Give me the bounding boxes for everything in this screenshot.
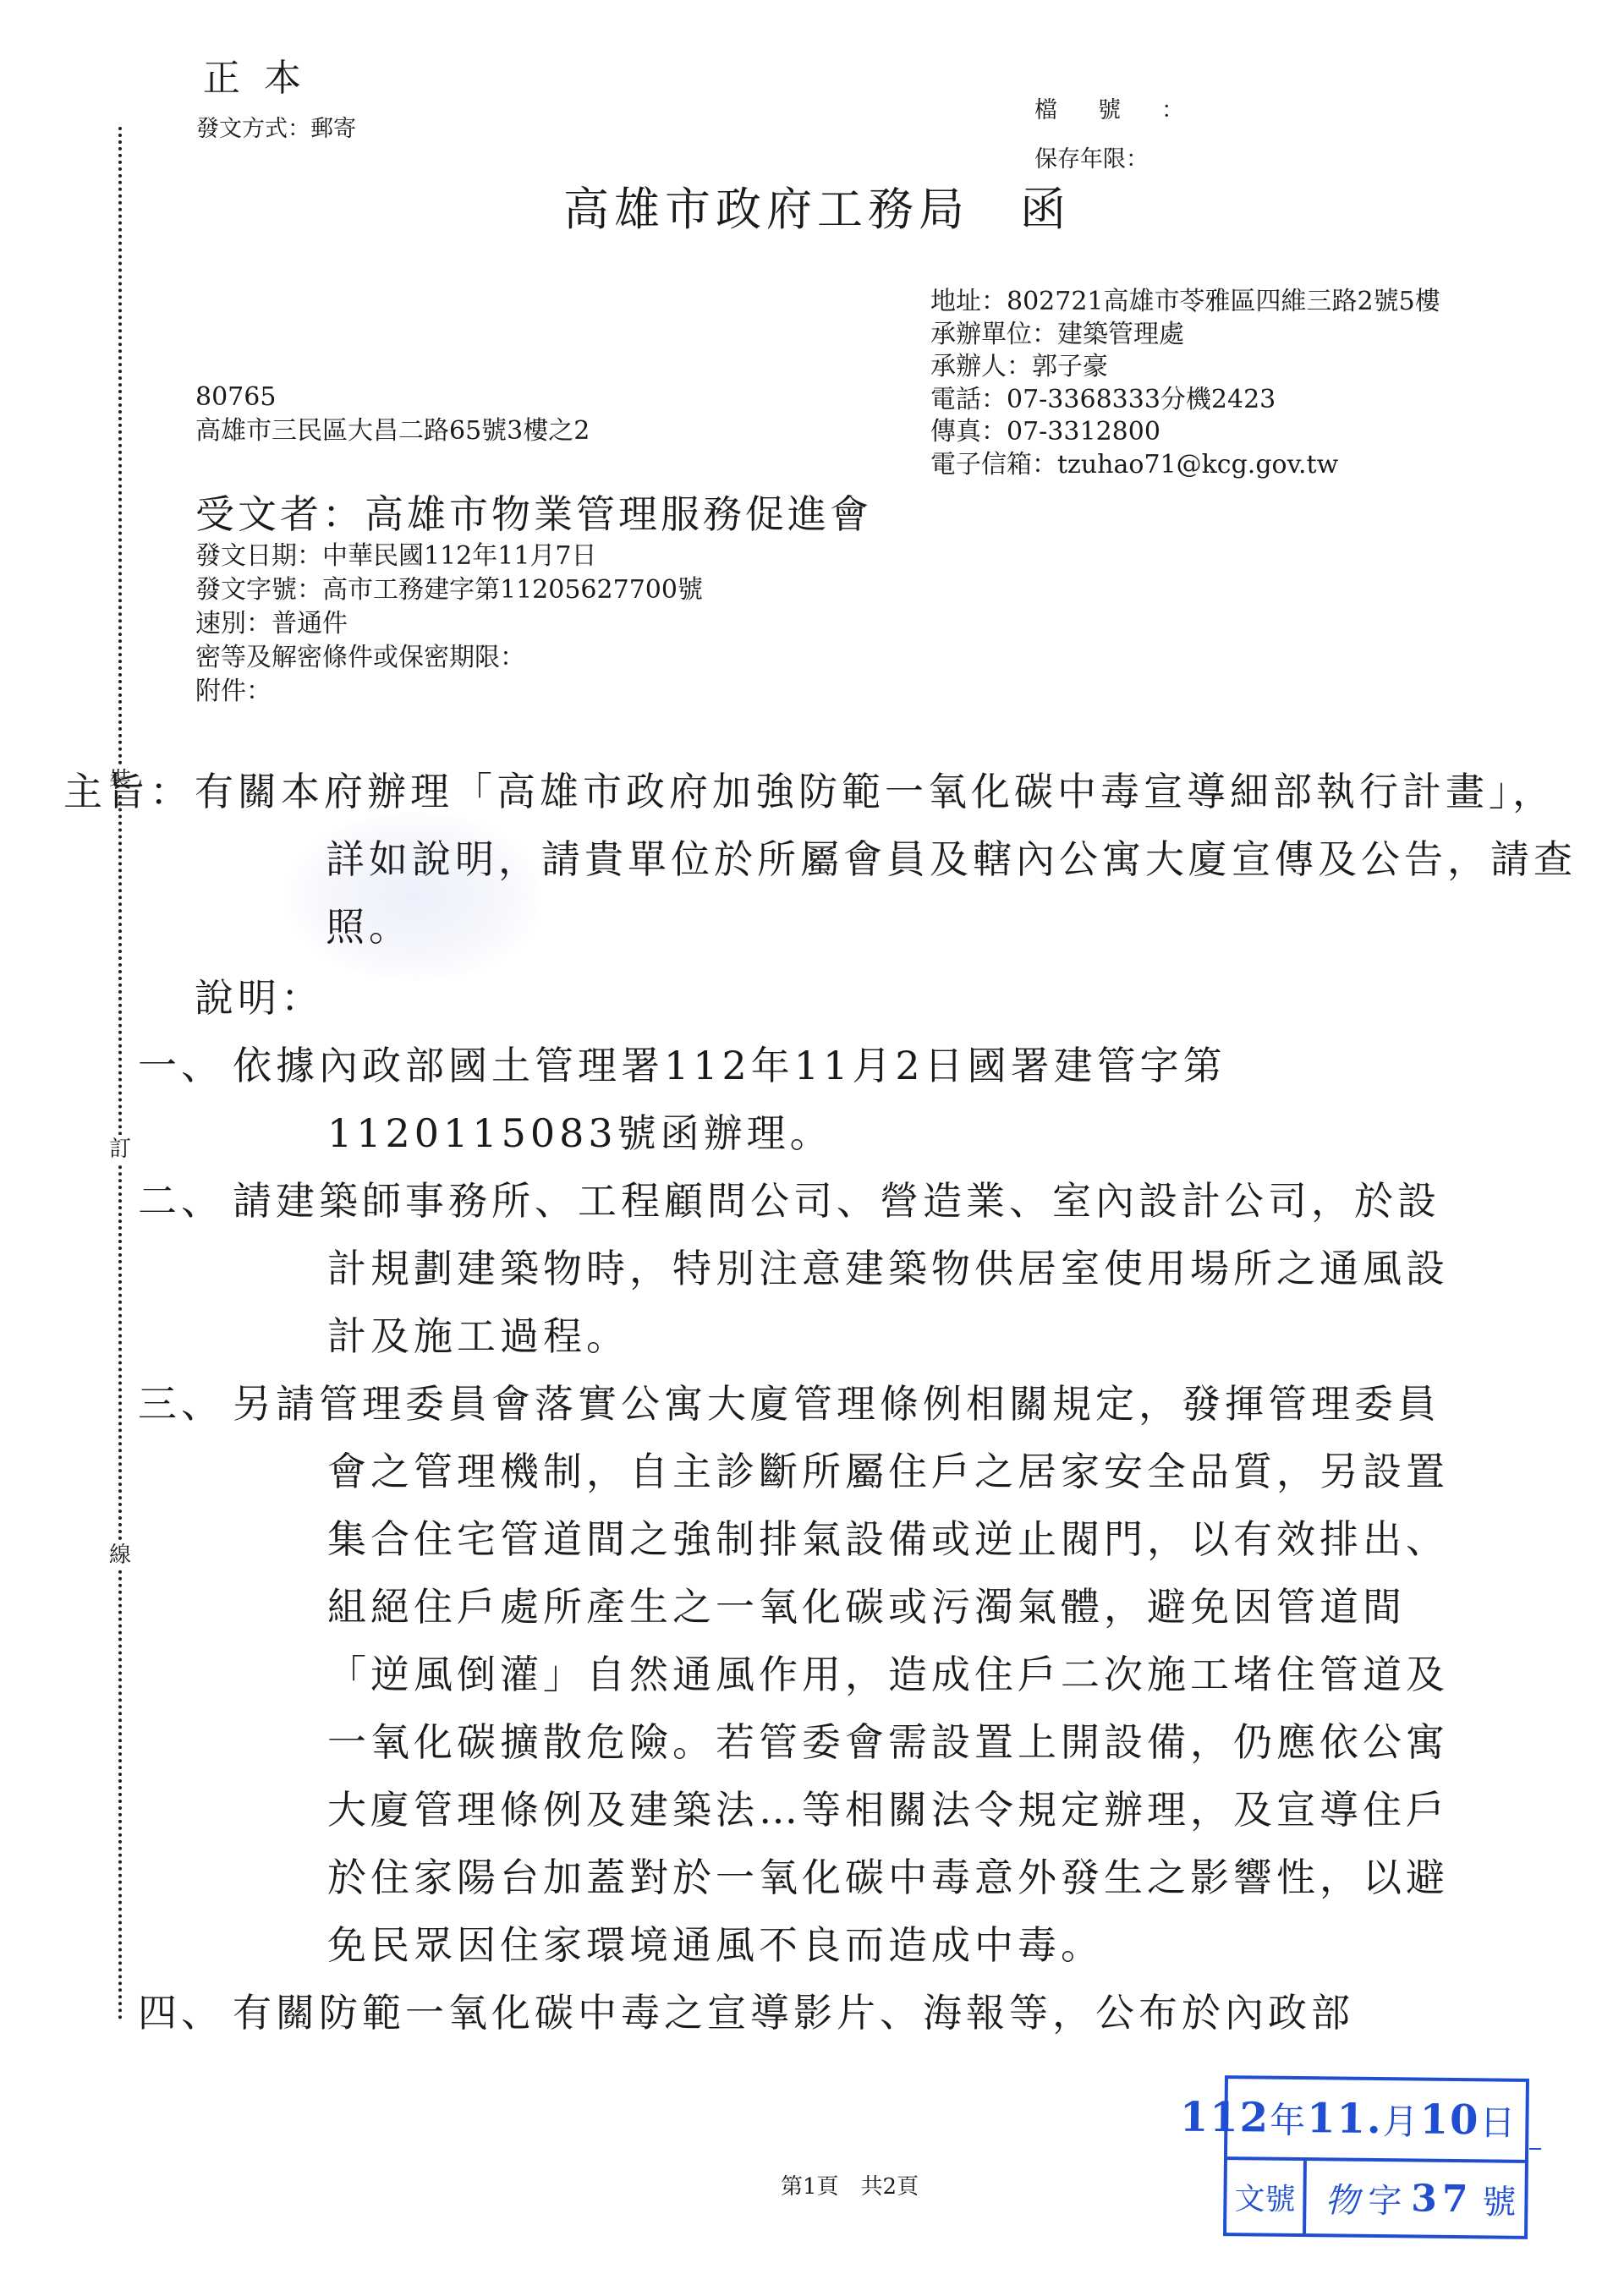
explanation-item-1: 一、依據內政部國土管理署112年11月2日國署建管字第1120115083號函辦…: [233, 1032, 1468, 1167]
explanation-items: 一、依據內政部國土管理署112年11月2日國署建管字第1120115083號函辦…: [233, 1032, 1468, 2047]
issue-date: 發文日期：中華民國112年11月7日: [195, 540, 703, 573]
sender-phone: 電話：07-3368333分機2423: [930, 384, 1440, 417]
document-number: 發文字號：高市工務建字第11205627700號: [195, 573, 703, 607]
binding-dotted-line: [118, 127, 122, 2021]
stamp-number-value: 物 字 37 號: [1306, 2161, 1525, 2236]
stamp-day: 10: [1419, 2096, 1479, 2145]
document-meta: 發文日期：中華民國112年11月7日 發文字號：高市工務建字第112056277…: [195, 540, 703, 709]
sender-contact-block: 地址：802721高雄市苓雅區四維三路2號5樓 承辦單位：建築管理處 承辦人：郭…: [930, 286, 1440, 481]
explanation-item-2: 二、請建築師事務所、工程顧問公司、營造業、室內設計公司，於設計規劃建築物時，特別…: [233, 1167, 1468, 1370]
file-number-row: 檔號：: [1034, 86, 1184, 135]
stamp-year: 112: [1180, 2094, 1270, 2142]
recipient-postal-code: 80765: [195, 381, 590, 414]
stamp-handwritten-prefix: 物: [1325, 2173, 1359, 2222]
stamp-year-unit: 年: [1270, 2093, 1308, 2144]
binding-label-xian: 線: [103, 1541, 137, 1570]
sender-handler: 承辦人：郭子豪: [930, 351, 1440, 384]
recipient-address-block: 80765 高雄市三民區大昌二路65號3樓之2: [195, 381, 590, 448]
stamp-number: 37: [1411, 2177, 1473, 2221]
stamp-number-row: 文號 物 字 37 號: [1226, 2160, 1525, 2236]
item-text: 依據內政部國土管理署112年11月2日國署建管字第1120115083號函辦理。: [233, 1043, 1226, 1156]
subject-text: 有關本府辦理「高雄市政府加強防範一氧化碳中毒宣導細部執行計畫」，詳如說明，請貴單…: [195, 769, 1577, 950]
received-date-stamp: 112年11.月10日 文號 物 字 37 號: [1223, 2075, 1529, 2239]
classification: 密等及解密條件或保密期限：: [195, 641, 703, 675]
recipient-name: 受文者：高雄市物業管理服務促進會: [195, 484, 872, 540]
subject-section: 主旨：有關本府辦理「高雄市政府加強防範一氧化碳中毒宣導細部執行計畫」，詳如說明，…: [195, 758, 1594, 961]
stamp-number-label: 文號: [1226, 2160, 1307, 2233]
explanation-item-3: 三、另請管理委員會落實公寓大廈管理條例相關規定，發揮管理委員會之管理機制，自主診…: [233, 1370, 1468, 1979]
stamp-number-char: 字: [1368, 2173, 1402, 2222]
item-text: 有關防範一氧化碳中毒之宣導影片、海報等，公布於內政部: [233, 1990, 1354, 2036]
binding-label-ding: 訂: [103, 1135, 137, 1164]
sender-unit: 承辦單位：建築管理處: [930, 319, 1440, 352]
document-title: 高雄市政府工務局 函: [563, 173, 1071, 238]
page-number: 第1頁 共2頁: [781, 2169, 919, 2200]
stamp-date: 112年11.月10日: [1227, 2079, 1526, 2163]
recipient-address: 高雄市三民區大昌二路65號3樓之2: [195, 414, 590, 448]
stamp-month-unit: 月: [1382, 2094, 1420, 2145]
explanation-item-4: 四、有關防範一氧化碳中毒之宣導影片、海報等，公布於內政部: [233, 1979, 1468, 2047]
delivery-speed: 速別：普通件: [195, 607, 703, 641]
explanation-label: 說明：: [195, 964, 1463, 1032]
stamp-number-suffix: 號: [1482, 2175, 1517, 2223]
sender-email: 電子信箱：tzuhao71@kcg.gov.tw: [930, 449, 1440, 482]
file-number-label: 檔號: [1034, 97, 1161, 123]
stamp-month: 11.: [1307, 2095, 1383, 2143]
file-number-colon: ：: [1161, 97, 1184, 123]
sender-fax: 傳真：07-3312800: [930, 416, 1440, 449]
stamp-day-unit: 日: [1479, 2095, 1517, 2145]
stamp-ink-mark: [1529, 2148, 1541, 2150]
item-text: 另請管理委員會落實公寓大廈管理條例相關規定，發揮管理委員會之管理機制，自主診斷所…: [233, 1381, 1449, 1968]
send-method: 發文方式：郵寄: [196, 110, 356, 143]
item-text: 請建築師事務所、工程顧問公司、營造業、室內設計公司，於設計規劃建築物時，特別注意…: [233, 1178, 1449, 1359]
attachment: 附件：: [195, 675, 703, 709]
document-copy-type: 正本: [203, 47, 325, 101]
sender-address: 地址：802721高雄市苓雅區四維三路2號5樓: [930, 286, 1440, 319]
file-meta: 檔號： 保存年限：: [1034, 86, 1184, 184]
